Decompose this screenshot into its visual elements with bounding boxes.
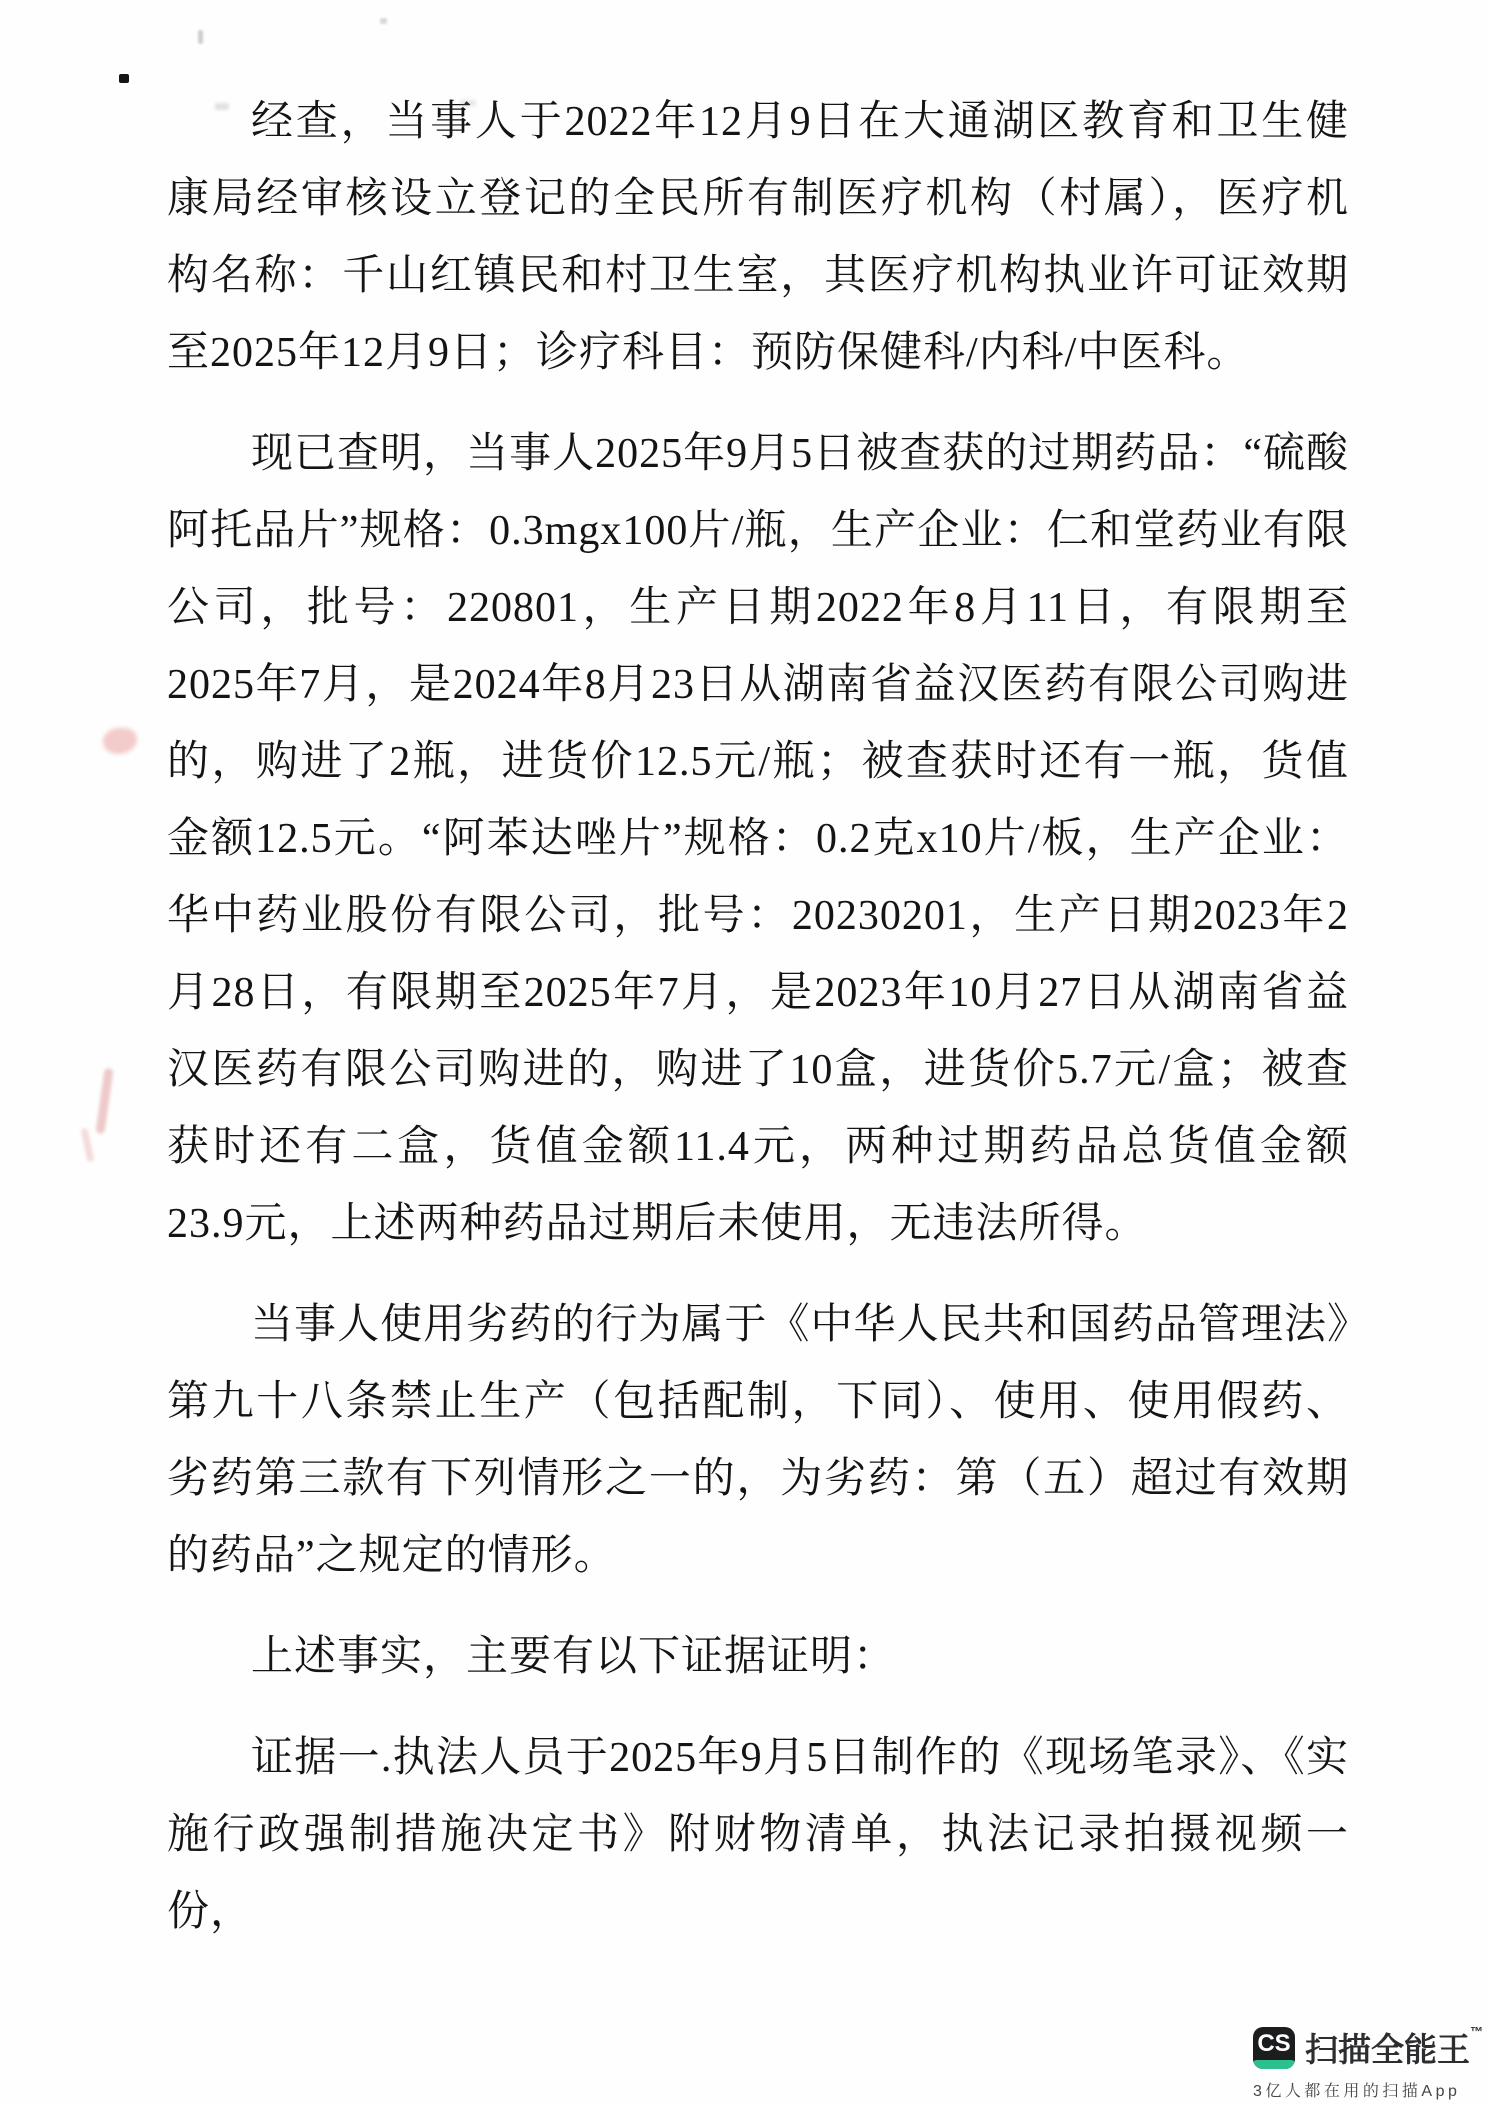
scan-artifact-speck (215, 103, 229, 110)
camscanner-watermark: CS 扫描全能王™ 3亿人都在用的扫描App (1253, 2024, 1443, 2101)
document-body: 经查，当事人于2022年12月9日在大通湖区教育和卫生健康局经审核设立登记的全民… (167, 84, 1349, 1975)
scan-artifact-speck (460, 100, 476, 106)
scanned-document-page: 经查，当事人于2022年12月9日在大通湖区教育和卫生健康局经审核设立登记的全民… (0, 0, 1487, 2105)
camscanner-logo-icon: CS (1253, 2027, 1295, 2069)
trademark-symbol: ™ (1470, 2024, 1483, 2039)
paragraph-evidence-one: 证据一.执法人员于2025年9月5日制作的《现场笔录》、《实施行政强制措施决定书… (167, 1720, 1349, 1951)
scan-artifact-red-mark (81, 1128, 95, 1163)
paragraph-evidence-intro: 上述事实，主要有以下证据证明： (167, 1619, 1349, 1696)
scan-artifact-pink-smudge (103, 728, 137, 754)
scan-artifact-red-mark (95, 1068, 113, 1135)
camscanner-logo-text: CS (1253, 2030, 1295, 2058)
scan-artifact-speck (198, 30, 203, 44)
camscanner-brand: 扫描全能王™ (1305, 2024, 1483, 2071)
camscanner-logo-accent (1253, 2060, 1295, 2069)
camscanner-brand-text: 扫描全能王 (1305, 2031, 1470, 2068)
scan-artifact-dot (119, 74, 129, 83)
paragraph-legal-basis: 当事人使用劣药的行为属于《中华人民共和国药品管理法》第九十八条禁止生产（包括配制… (167, 1287, 1349, 1595)
scan-artifact-speck (380, 18, 387, 24)
paragraph-facility-registration: 经查，当事人于2022年12月9日在大通湖区教育和卫生健康局经审核设立登记的全民… (167, 84, 1349, 392)
camscanner-tagline: 3亿人都在用的扫描App (1253, 2078, 1443, 2101)
paragraph-expired-drug-findings: 现已查明，当事人2025年9月5日被查获的过期药品：“硫酸阿托品片”规格：0.3… (167, 416, 1349, 1263)
